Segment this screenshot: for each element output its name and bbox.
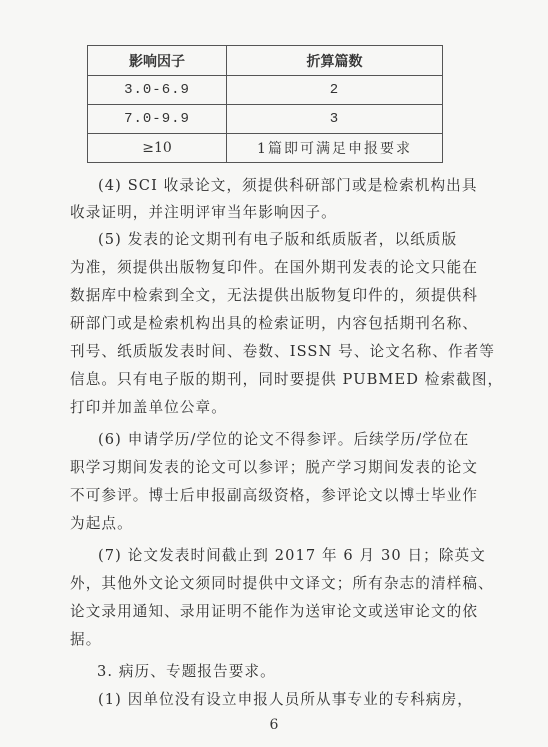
line-text: 信息。只有电子版的期刊，同时要提供 PUBMED 检索截图，: [70, 370, 503, 390]
line-text: 据。: [70, 630, 101, 650]
line-text: (7) 论文发表时间截止到 2017 年 6 月 30 日；除英文: [98, 546, 486, 566]
line-text: (6) 申请学历/学位的论文不得参评。后续学历/学位在: [98, 430, 469, 450]
line-text: (5) 发表的论文期刊有电子版和纸质版者，以纸质版: [98, 230, 457, 250]
line-text: 刊号、纸质版发表时间、卷数、ISSN 号、论文名称、作者等: [70, 342, 495, 362]
line-text: 为准，须提供出版物复印件。在国外期刊发表的论文只能在: [70, 258, 478, 278]
impact-factor-cell: 7.0-9.9: [88, 105, 227, 134]
converted-count-cell: 2: [227, 76, 443, 105]
table-row: 7.0-9.9 3: [88, 105, 443, 134]
line-text: (1) 因单位没有设立申报人员所从事专业的专科病房，: [98, 690, 473, 710]
line-text: 论文录用通知、录用证明不能作为送审论文或送审论文的依: [70, 602, 478, 622]
table-header-row: 影响因子 折算篇数: [88, 46, 443, 76]
impact-factor-cell: 3.0-6.9: [88, 76, 227, 105]
line-text: 打印并加盖单位公章。: [70, 398, 227, 418]
line-text: 3. 病历、专题报告要求。: [97, 662, 276, 682]
line-text: 外，其他外文论文须同时提供中文译文；所有杂志的清样稿、: [70, 574, 494, 594]
line-text: 研部门或是检索机构出具的检索证明，内容包括期刊名称、: [70, 314, 478, 334]
header-converted-count: 折算篇数: [227, 46, 443, 76]
table-row: ≥10 1篇即可满足申报要求: [88, 134, 443, 163]
impact-factor-cell: ≥10: [88, 134, 227, 163]
line-text: 数据库中检索到全文，无法提供出版物复印件的，须提供科: [70, 286, 478, 306]
line-text: 职学习期间发表的论文可以参评；脱产学习期间发表的论文: [70, 458, 478, 478]
document-page: 影响因子 折算篇数 3.0-6.9 2 7.0-9.9 3 ≥10 1篇即可满足…: [0, 0, 548, 747]
line-text: 不可参评。博士后申报副高级资格，参评论文以博士毕业作: [70, 486, 478, 506]
line-text: 为起点。: [70, 514, 133, 534]
line-text: (4) SCI 收录论文，须提供科研部门或是检索机构出具: [98, 176, 478, 196]
converted-count-cell: 3: [227, 105, 443, 134]
page-number: 6: [0, 717, 548, 733]
table-row: 3.0-6.9 2: [88, 76, 443, 105]
header-impact-factor: 影响因子: [88, 46, 227, 76]
converted-count-cell: 1篇即可满足申报要求: [227, 134, 443, 163]
line-text: 收录证明，并注明评审当年影响因子。: [70, 203, 337, 223]
impact-factor-table: 影响因子 折算篇数 3.0-6.9 2 7.0-9.9 3 ≥10 1篇即可满足…: [87, 45, 443, 163]
